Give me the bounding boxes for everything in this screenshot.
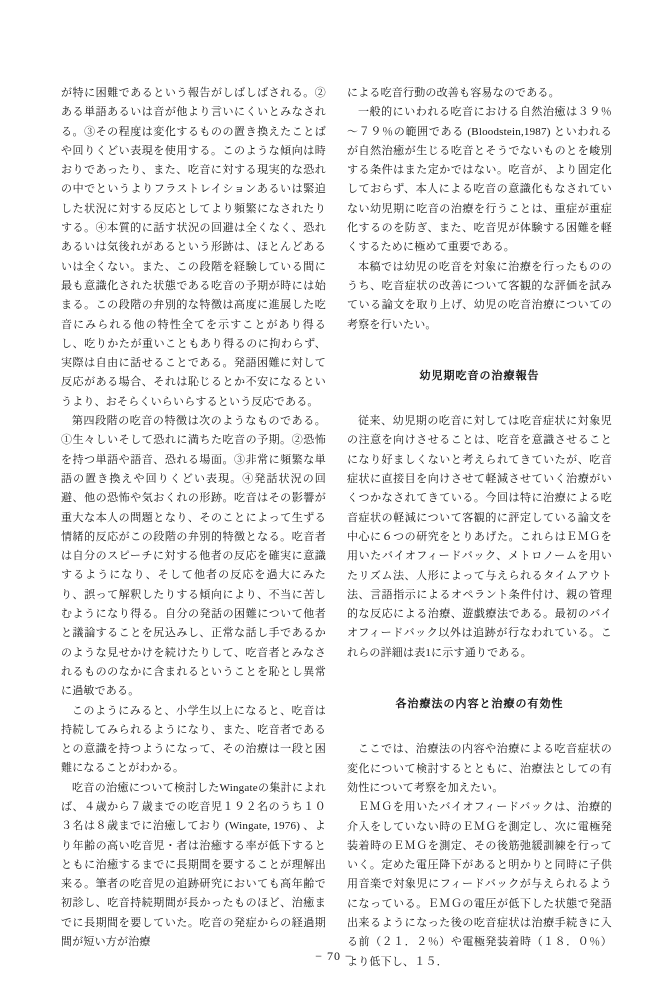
paragraph: 一般的にいわれる吃音における自然治癒は３９％～７９％の範囲である (Bloods… (347, 103, 612, 257)
paragraph: このようにみると、小学生以上になると、吃音は持続してみられるようになり、また、吃… (61, 702, 326, 779)
section-heading-treatment-reports: 幼児期吃音の治療報告 (347, 367, 612, 386)
paragraph: 吃音の治癒について検討したWingateの集計によれば、４歳から７歳までの吃音児… (61, 779, 326, 953)
right-column: による吃音行動の改善も容易なのである。 一般的にいわれる吃音における自然治癒は３… (347, 84, 612, 972)
paragraph: 本稿では幼児の吃音を対象に治療を行ったもののうち、吃音症状の改善について客観的な… (347, 258, 612, 335)
paragraph: 第四段階の吃音の特徴は次のようなものである。①生々しいそして恐れに満ちた吃音の予… (61, 412, 326, 701)
paper-page: が特に困難であるという報告がしばしばされる。②ある単語あるいは音が他より言いにく… (0, 0, 668, 1008)
left-column: が特に困難であるという報告がしばしばされる。②ある単語あるいは音が他より言いにく… (61, 84, 326, 972)
section-heading-treatment-effectiveness: 各治療法の内容と治療の有効性 (347, 695, 612, 714)
paragraph: が特に困難であるという報告がしばしばされる。②ある単語あるいは音が他より言いにく… (61, 84, 326, 412)
paragraph: による吃音行動の改善も容易なのである。 (347, 84, 612, 103)
page-number: − 70 − (0, 949, 668, 964)
paragraph: ＥＭＧを用いたバイオフィードバックは、治療的介入をしていない時のＥＭＧを測定し、… (347, 798, 612, 972)
page-content: が特に困難であるという報告がしばしばされる。②ある単語あるいは音が他より言いにく… (61, 84, 612, 972)
paragraph: ここでは、治療法の内容や治療による吃音症状の変化について検討するとともに、治療法… (347, 740, 612, 798)
paragraph: 従来、幼児期の吃音に対しては吃音症状に対象児の注意を向けさせることは、吃音を意識… (347, 412, 612, 663)
